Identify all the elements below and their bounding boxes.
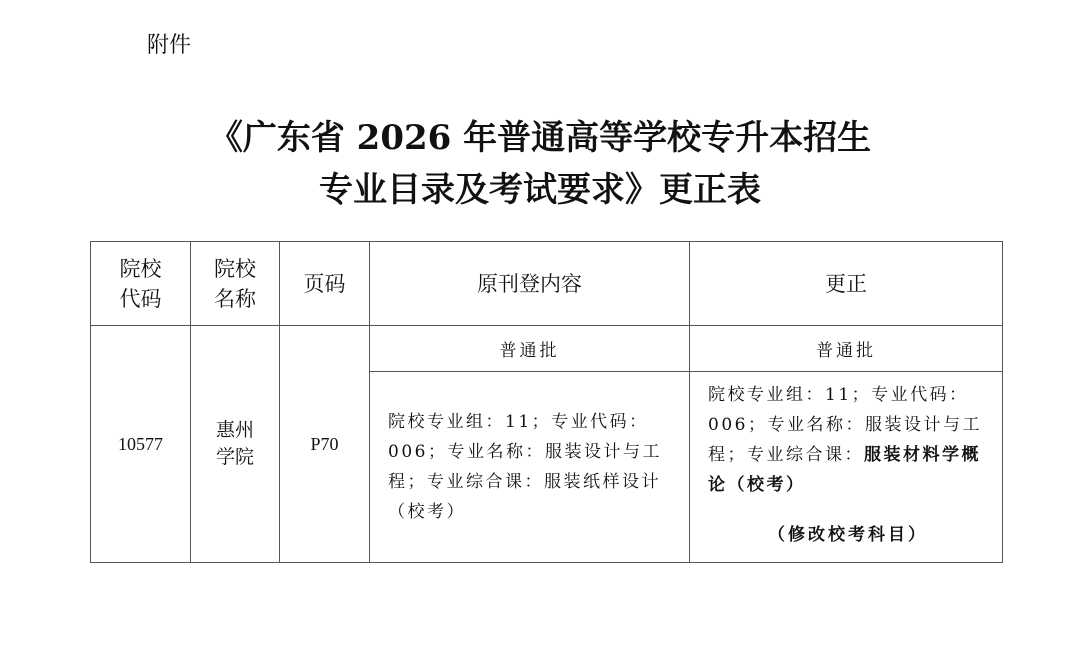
cell-original-content: 院校专业组：11；专业代码：006；专业名称：服装设计与工程；专业综合课：服装纸… <box>370 372 690 563</box>
attachment-label: 附件 <box>147 28 191 59</box>
header-school-code: 院校 代码 <box>91 242 191 326</box>
title-line-2: 专业目录及考试要求》更正表 <box>0 164 1080 216</box>
header-school-name: 院校 名称 <box>191 242 280 326</box>
header-correction: 更正 <box>690 242 1003 326</box>
header-page: 页码 <box>280 242 370 326</box>
cell-original-batch: 普通批 <box>370 326 690 372</box>
cell-page: P70 <box>280 326 370 563</box>
cell-correction-content: 院校专业组：11；专业代码：006；专业名称：服装设计与工程；专业综合课：服装材… <box>690 372 1003 563</box>
table-header-row: 院校 代码 院校 名称 页码 原刊登内容 更正 <box>91 242 1003 326</box>
correction-table: 院校 代码 院校 名称 页码 原刊登内容 更正 10577 惠州 学院 P70 … <box>90 241 1003 563</box>
header-original: 原刊登内容 <box>370 242 690 326</box>
cell-correction-batch: 普通批 <box>690 326 1003 372</box>
cell-school-code: 10577 <box>91 326 191 563</box>
cell-school-name: 惠州 学院 <box>191 326 280 563</box>
document-title: 《广东省 2026 年普通高等学校专升本招生 专业目录及考试要求》更正表 <box>0 112 1080 216</box>
table-row: 10577 惠州 学院 P70 普通批 普通批 <box>91 326 1003 372</box>
correction-note: （修改校考科目） <box>708 520 988 550</box>
title-line-1: 《广东省 2026 年普通高等学校专升本招生 <box>0 112 1080 164</box>
